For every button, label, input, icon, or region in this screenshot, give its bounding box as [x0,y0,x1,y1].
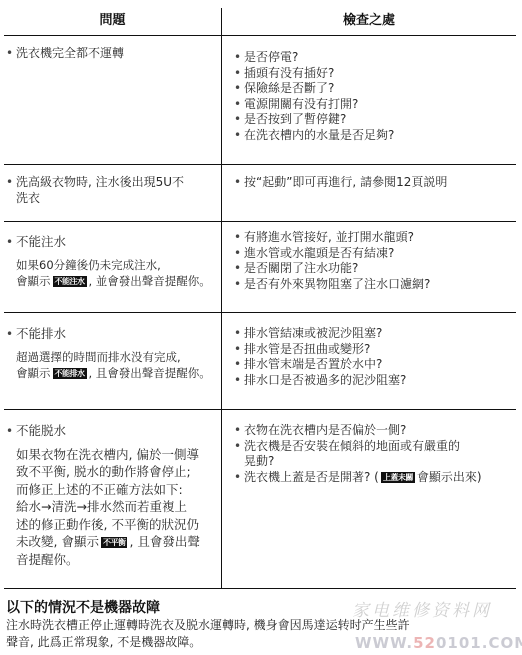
display-badge-no-drain: 不能排水 [53,368,87,379]
check-item: •是否有外來異物阻塞了注水口濾網? [234,277,516,293]
bullet-icon: • [6,46,16,62]
check-item: •有將進水管接好, 並打開水龍頭? [234,230,516,246]
problem-title: 不能排水 [16,326,66,341]
bullet-icon: • [234,97,244,113]
problem-title: 不能脱水 [16,423,66,438]
row-2-checks: •按“起動”即可再進行, 請參閱12頁説明 [234,175,516,191]
row-5-checks: •衣物在洗衣槽内是否偏於一側? •洗衣機是否安裝在傾斜的地面或有嚴重的 晃動? … [234,423,516,485]
table-bottom-border [4,588,516,589]
troubleshooting-page: 問題 檢查之處 •洗衣機完全都不運轉 •是否停電? •插頭有没有插好? •保險絲… [0,0,522,655]
bullet-icon: • [6,235,16,251]
check-item: •排水管結凍或被泥沙阻塞? [234,326,516,342]
problem-description: 如果衣物在洗衣槽内, 偏於一側導 致不平衡, 脱水的動作將會停止; 而修正上述的… [6,446,216,569]
check-item: •排水管是否扭曲或變形? [234,342,516,358]
bullet-icon: • [6,424,16,440]
check-item: •電源開關有没有打開? [234,97,516,113]
bullet-icon: • [234,50,244,66]
problem-title: 不能注水 [16,234,66,249]
row-divider [4,409,516,410]
header-problem: 問題 [4,10,221,32]
row-3-problem: •不能注水 如果60分鐘後仍未完成注水, 會顯示不能注水, 並會發出聲音提醒你。 [6,234,216,289]
row-2-problem: •洗高級衣物時, 注水後出現5U不 洗衣 [6,175,216,206]
bullet-icon: • [234,66,244,82]
check-item: •洗衣機是否安裝在傾斜的地面或有嚴重的 [234,439,516,455]
problem-title: 洗衣機完全都不運轉 [16,46,124,60]
bullet-icon: • [234,81,244,97]
check-item: •是否按到了暫停鍵? [234,112,516,128]
note-title: 以下的情況不是機器故障 [6,597,160,617]
bullet-icon: • [234,342,244,358]
bullet-icon: • [234,246,244,262]
display-badge-lid-open: 上蓋未關 [381,472,415,483]
check-item: •在洗衣槽内的水量是否足夠? [234,128,516,144]
problem-description: 超過選擇的時間而排水没有完成, 會顯示不能排水, 且會發出聲音提醒你。 [6,349,216,381]
check-item: •是否關閉了注水功能? [234,261,516,277]
bullet-icon: • [6,327,16,343]
bullet-icon: • [6,175,16,191]
display-badge-unbalanced: 不平衡 [101,537,128,548]
check-item: •是否停電? [234,50,516,66]
check-item: •保險絲是否斷了? [234,81,516,97]
bullet-icon: • [234,112,244,128]
check-item: •插頭有没有插好? [234,66,516,82]
row-5-problem: •不能脱水 如果衣物在洗衣槽内, 偏於一側導 致不平衡, 脱水的動作將會停止; … [6,423,216,568]
bullet-icon: • [234,439,244,455]
problem-title-cont: 洗衣 [6,191,216,207]
header-divider [4,35,516,36]
bullet-icon: • [234,470,244,486]
row-4-problem: •不能排水 超過選擇的時間而排水没有完成, 會顯示不能排水, 且會發出聲音提醒你… [6,326,216,381]
row-divider [4,221,516,222]
problem-title: 洗高級衣物時, 注水後出現5U不 [16,175,184,189]
check-item: •洗衣機上蓋是否是開著? (上蓋未關會顯示出來) [234,470,516,486]
problem-description: 如果60分鐘後仍未完成注水, 會顯示不能注水, 並會發出聲音提醒你。 [6,257,216,289]
bullet-icon: • [234,277,244,293]
watermark-url: WWW.520101.COM [355,634,522,652]
check-item: •排水管末端是否置於水中? [234,357,516,373]
row-1-checks: •是否停電? •插頭有没有插好? •保險絲是否斷了? •電源開關有没有打開? •… [234,50,516,143]
bullet-icon: • [234,357,244,373]
check-item-cont: 晃動? [234,454,516,470]
check-item: •進水管或水龍頭是否有結凍? [234,246,516,262]
row-4-checks: •排水管結凍或被泥沙阻塞? •排水管是否扭曲或變形? •排水管末端是否置於水中?… [234,326,516,388]
header-check: 檢查之處 [222,10,516,32]
row-divider [4,312,516,313]
bullet-icon: • [234,326,244,342]
row-3-checks: •有將進水管接好, 並打開水龍頭? •進水管或水龍頭是否有結凍? •是否關閉了注… [234,230,516,292]
row-divider [4,164,516,165]
row-1-problem: •洗衣機完全都不運轉 [6,46,216,62]
check-item: •衣物在洗衣槽内是否偏於一側? [234,423,516,439]
column-divider [221,8,222,588]
display-badge-no-fill: 不能注水 [53,276,87,287]
bullet-icon: • [234,261,244,277]
check-item: •按“起動”即可再進行, 請參閱12頁説明 [234,175,516,191]
bullet-icon: • [234,373,244,389]
bullet-icon: • [234,230,244,246]
check-item: •排水口是否被過多的泥沙阻塞? [234,373,516,389]
bullet-icon: • [234,128,244,144]
bullet-icon: • [234,423,244,439]
bullet-icon: • [234,175,244,191]
